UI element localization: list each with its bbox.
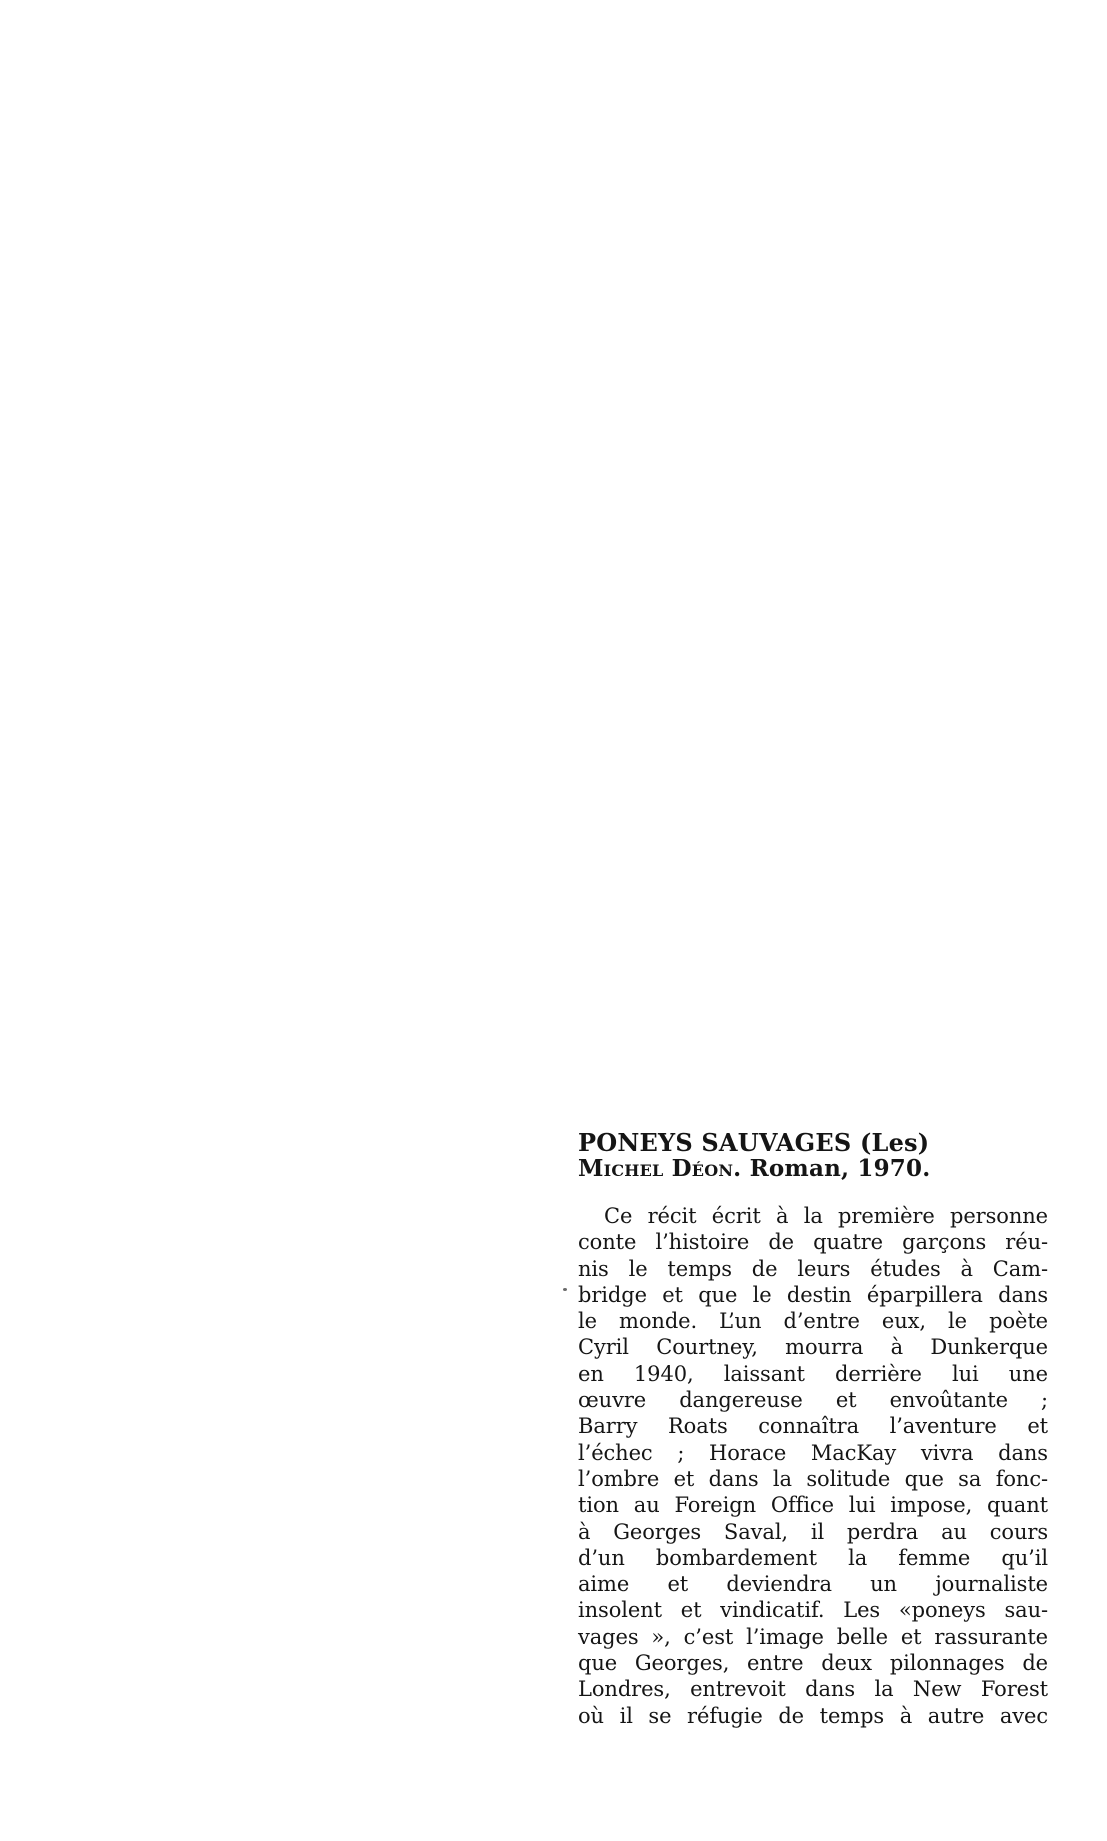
body-line: à Georges Saval, il perdra au cours xyxy=(578,1519,1048,1545)
body-line: tion au Foreign Office lui impose, quant xyxy=(578,1492,1048,1518)
body-line: Ce récit écrit à la première personne xyxy=(578,1203,1048,1229)
scanned-page: PONEYS SAUVAGES (Les) Michel Déon. Roman… xyxy=(0,0,1107,1841)
entry-byline: Michel Déon. Roman, 1970. xyxy=(578,1156,1048,1182)
body-line: d’un bombardement la femme qu’il xyxy=(578,1545,1048,1571)
body-line: bridge et que le destin éparpillera dans xyxy=(578,1282,1048,1308)
entry-title: PONEYS SAUVAGES (Les) xyxy=(578,1130,1048,1156)
body-line: aime et deviendra un journaliste xyxy=(578,1571,1048,1597)
body-line: l’échec ; Horace MacKay vivra dans xyxy=(578,1440,1048,1466)
scan-speck xyxy=(563,1288,567,1291)
book-entry: PONEYS SAUVAGES (Les) Michel Déon. Roman… xyxy=(578,1130,1048,1729)
body-line: l’ombre et dans la solitude que sa fonc- xyxy=(578,1466,1048,1492)
body-line: en 1940, laissant derrière lui une xyxy=(578,1361,1048,1387)
body-line: nis le temps de leurs études à Cam- xyxy=(578,1256,1048,1282)
body-line: conte l’histoire de quatre garçons réu- xyxy=(578,1229,1048,1255)
entry-author: Michel Déon xyxy=(578,1155,733,1182)
body-line: œuvre dangereuse et envoûtante ; xyxy=(578,1387,1048,1413)
body-line: que Georges, entre deux pilonnages de xyxy=(578,1650,1048,1676)
body-line: Cyril Courtney, mourra à Dunkerque xyxy=(578,1334,1048,1360)
body-line: vages », c’est l’image belle et rassuran… xyxy=(578,1624,1048,1650)
body-line: Barry Roats connaîtra l’aventure et xyxy=(578,1413,1048,1439)
entry-byline-rest: . Roman, 1970. xyxy=(733,1155,930,1182)
body-line: insolent et vindicatif. Les «poneys sau- xyxy=(578,1597,1048,1623)
body-line: le monde. L’un d’entre eux, le poète xyxy=(578,1308,1048,1334)
entry-body: Ce récit écrit à la première personnecon… xyxy=(578,1203,1048,1729)
body-line: où il se réfugie de temps à autre avec xyxy=(578,1703,1048,1729)
body-line: Londres, entrevoit dans la New Forest xyxy=(578,1676,1048,1702)
